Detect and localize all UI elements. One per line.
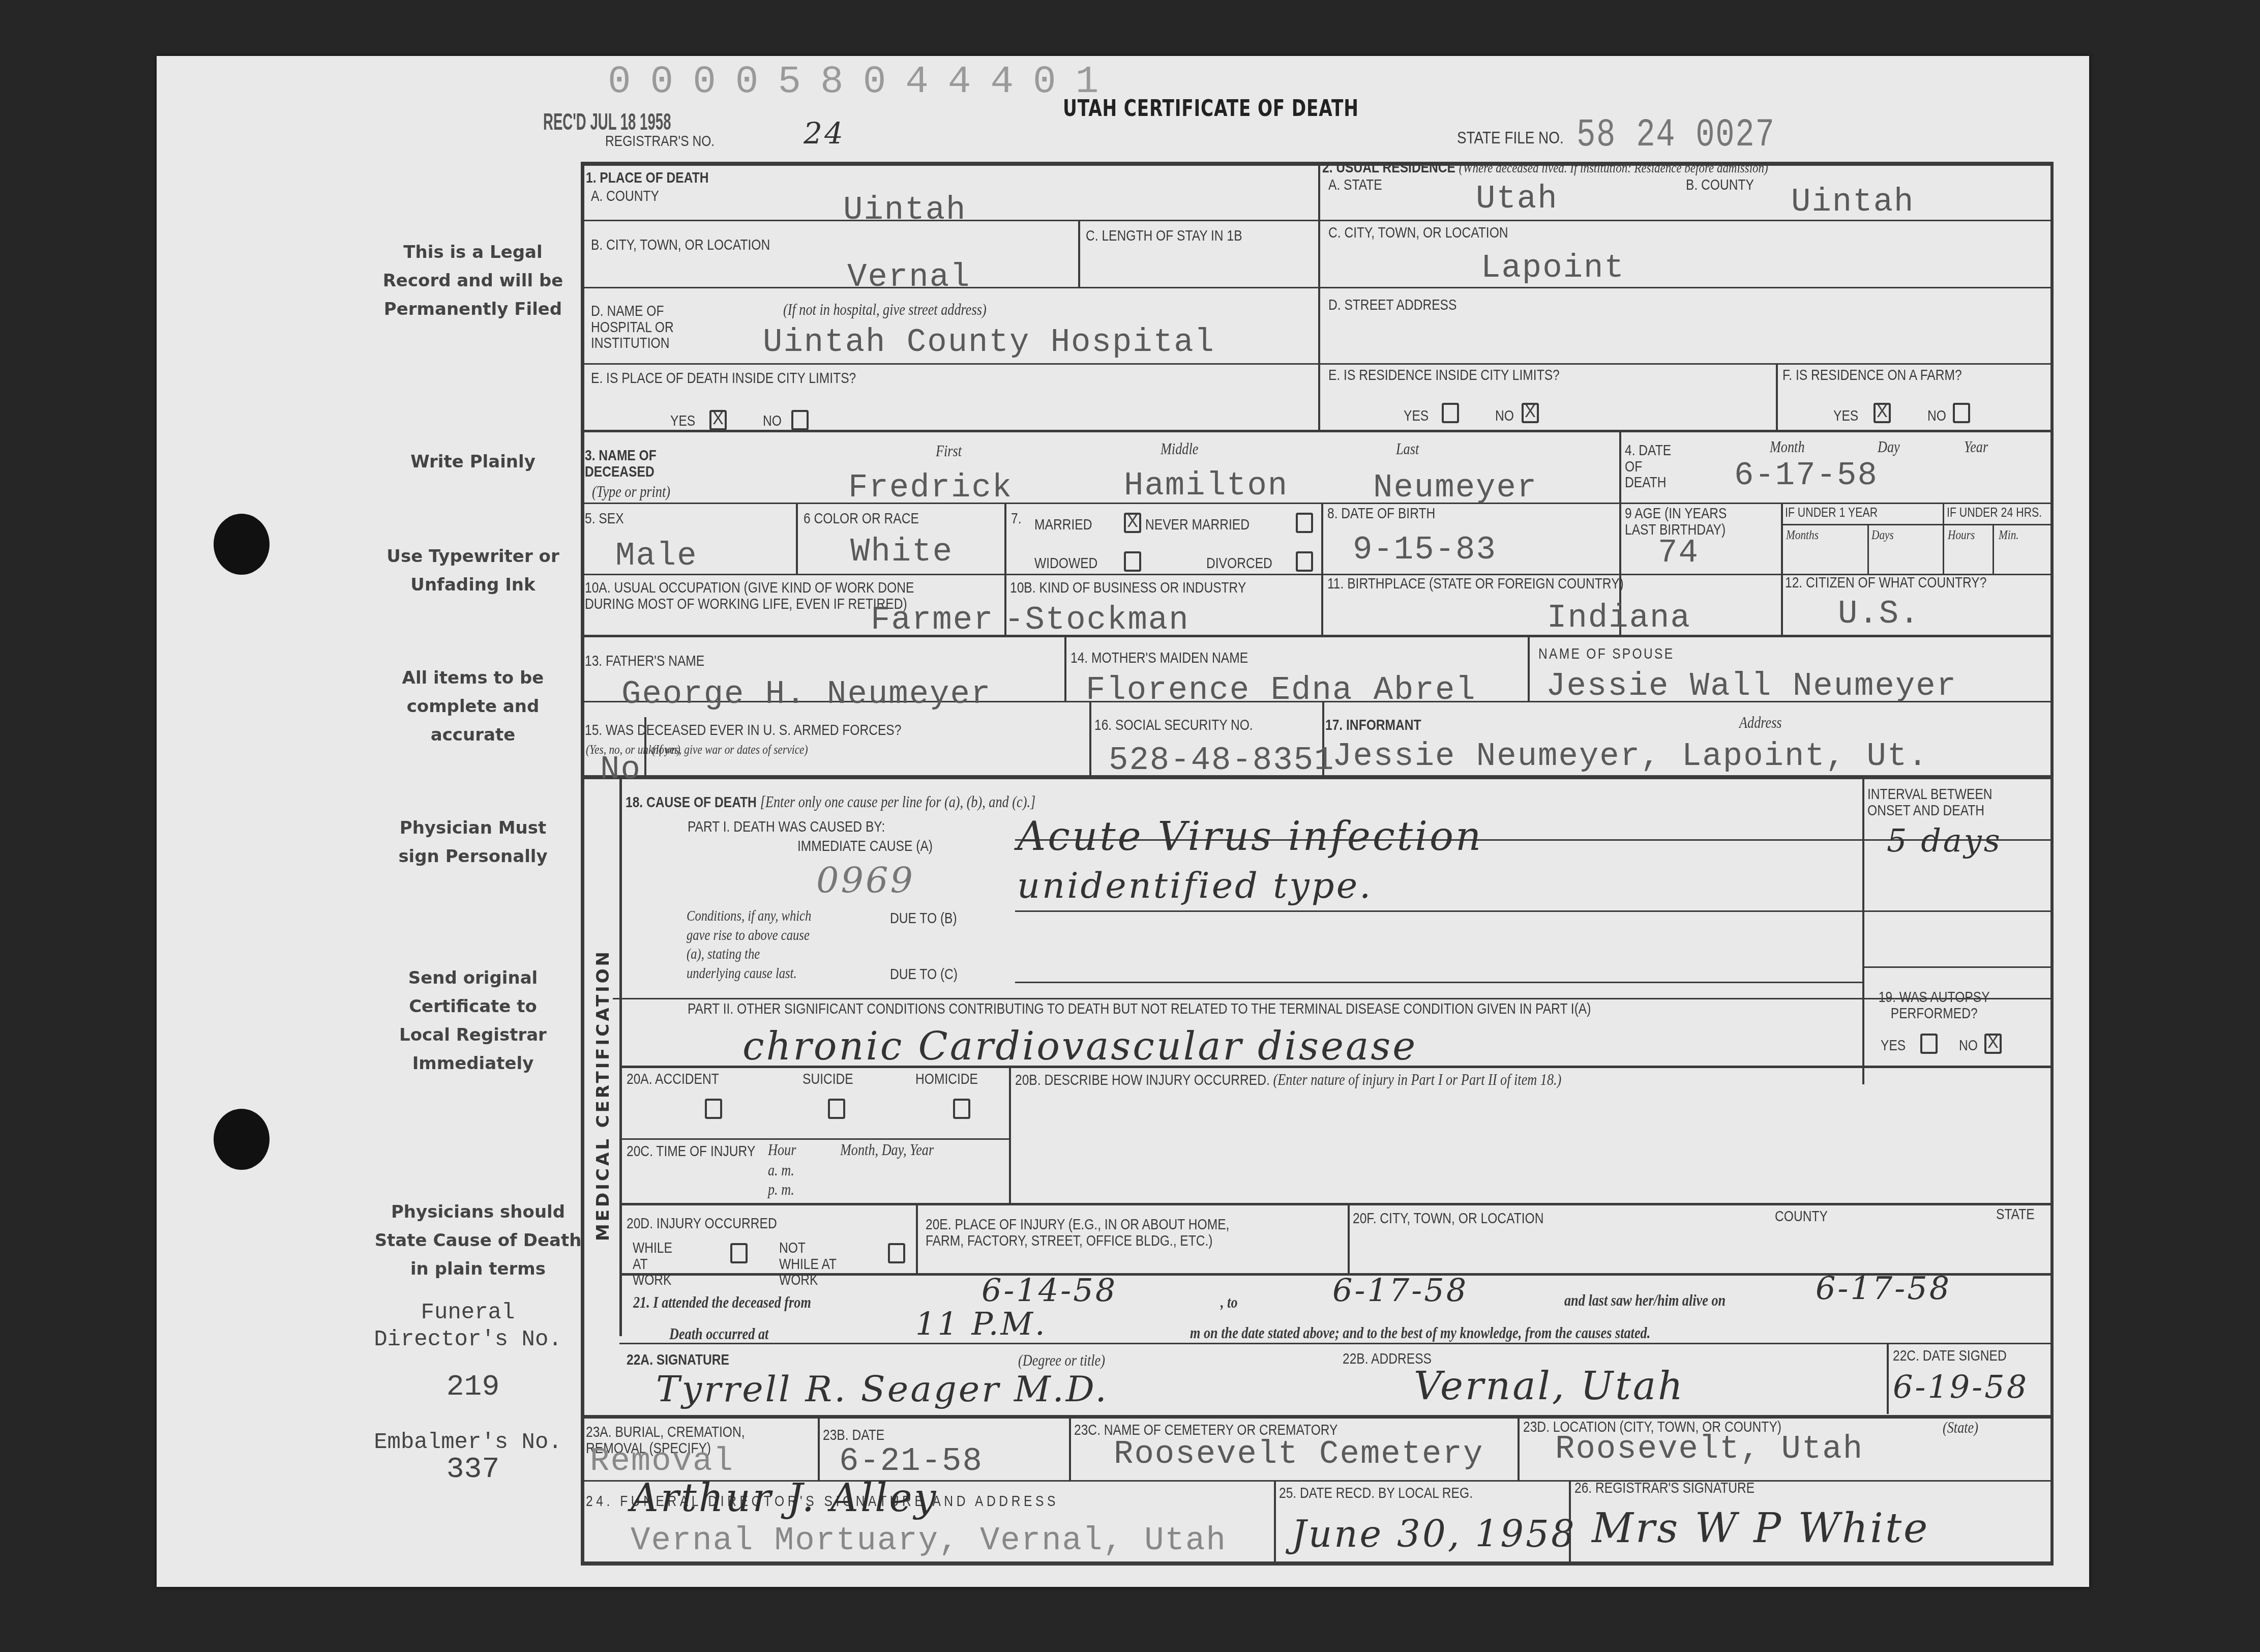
funeral-director-no: 219 xyxy=(376,1370,570,1405)
death-occurred-label: Death occurred at xyxy=(669,1325,768,1343)
armed-forces-dates-hint: (If yes, give war or dates of service) xyxy=(652,743,808,756)
death-city[interactable]: Vernal xyxy=(847,259,970,296)
rule xyxy=(1015,910,1862,912)
age[interactable]: 74 xyxy=(1658,535,1699,572)
res-city-label: c. CITY, TOWN, OR LOCATION xyxy=(1328,225,1508,241)
not-while-at-work-checkbox[interactable] xyxy=(888,1243,905,1263)
year-label: Year xyxy=(1964,438,1988,456)
cemetery[interactable]: Roosevelt Cemetery xyxy=(1114,1436,1483,1473)
autopsy-yes-label: YES xyxy=(1881,1038,1906,1054)
res-inside-city-yes-checkbox[interactable] xyxy=(1442,403,1459,423)
due-to-b-label: DUE TO (b) xyxy=(890,910,957,927)
rule xyxy=(796,503,798,575)
rule xyxy=(581,162,2054,166)
accident-checkbox[interactable] xyxy=(705,1099,722,1119)
rule xyxy=(619,779,622,1336)
month-label: Month xyxy=(1770,438,1805,456)
stamp-number: 000058044401 xyxy=(608,60,1118,104)
rule xyxy=(1078,220,1080,287)
while-at-work-label: WHILE AT WORK xyxy=(633,1240,682,1288)
hospital-hint: (If not in hospital, give street address… xyxy=(783,301,987,318)
middle-name[interactable]: Hamilton xyxy=(1124,468,1288,505)
res-city[interactable]: Lapoint xyxy=(1481,250,1625,287)
death-county[interactable]: Uintah xyxy=(843,192,966,229)
rule xyxy=(581,1561,2054,1566)
name-hint: (Type or print) xyxy=(592,483,670,500)
days-label: Days xyxy=(1871,528,1894,542)
rule xyxy=(619,1343,2054,1344)
first-label: First xyxy=(936,442,962,460)
place-injury-label: 20e. PLACE OF INJURY (e.g., in or about … xyxy=(926,1217,1267,1249)
father-label: 13. FATHER'S NAME xyxy=(585,653,704,669)
address-label: Address xyxy=(1739,714,1782,731)
part1-label: PART I. DEATH WAS CAUSED BY: xyxy=(688,819,885,835)
cause-code: 0969 xyxy=(816,860,915,901)
registrars-no-label: REGISTRAR'S NO. xyxy=(605,133,715,150)
widowed-label: WIDOWED xyxy=(1034,555,1097,572)
date-of-birth[interactable]: 9-15-83 xyxy=(1353,532,1497,569)
signature-label: 22a. SIGNATURE xyxy=(627,1352,729,1368)
rule xyxy=(1993,524,1994,575)
rule xyxy=(1069,1415,1071,1481)
burial-location[interactable]: Roosevelt, Utah xyxy=(1555,1431,1863,1468)
interval[interactable]: 5 days xyxy=(1887,822,2002,859)
date-of-death-label: 4. DATE OF DEATH xyxy=(1625,442,1675,491)
month-day-year-label: Month, Day, Year xyxy=(840,1141,934,1159)
hour-label: Hour xyxy=(768,1141,796,1159)
immediate-cause-line1[interactable]: Acute Virus infection xyxy=(1017,814,1483,860)
father-name[interactable]: George H. Neumeyer xyxy=(621,676,991,713)
autopsy-label: 19. WAS AUTOPSY PERFORMED? xyxy=(1867,989,2001,1021)
rule xyxy=(619,1203,2054,1205)
while-at-work-checkbox[interactable] xyxy=(730,1243,748,1263)
never-married-checkbox[interactable] xyxy=(1296,513,1313,533)
physician-signature[interactable]: Tyrrell R. Seager M.D. xyxy=(656,1368,1109,1410)
rule xyxy=(1781,524,2054,525)
rule xyxy=(1015,982,1862,983)
business-label: 10b. KIND OF BUSINESS OR INDUSTRY xyxy=(1010,580,1246,596)
cemetery-label: 23c. NAME OF CEMETERY OR CREMATORY xyxy=(1074,1422,1338,1438)
homicide-checkbox[interactable] xyxy=(953,1099,970,1119)
conditions-hint: Conditions, if any, which gave rise to a… xyxy=(687,906,812,983)
occupation[interactable]: Farmer xyxy=(871,602,994,639)
medical-certification-label: MEDICAL CERTIFICATION xyxy=(593,949,613,1241)
received-stamp: REC'D JUL 18 1958 xyxy=(543,108,671,135)
res-county[interactable]: Uintah xyxy=(1791,184,1914,221)
death-occurred-suffix: m on the date stated above; and to the b… xyxy=(1190,1324,1650,1342)
pm-label: p. m. xyxy=(768,1181,794,1198)
under-1yr-label: IF UNDER 1 YEAR xyxy=(1785,506,1878,519)
autopsy-yes-checkbox[interactable] xyxy=(1920,1034,1938,1054)
injury-county-label: COUNTY xyxy=(1775,1208,1828,1225)
inside-city-label: e. IS PLACE OF DEATH INSIDE CITY LIMITS? xyxy=(591,370,856,387)
inside-city-no-label: NO xyxy=(763,413,782,429)
race-label: 6 COLOR OR RACE xyxy=(804,511,919,527)
hospital-label: d. NAME OF HOSPITAL OR INSTITUTION xyxy=(591,303,716,351)
accident-label: 20a. ACCIDENT xyxy=(627,1071,719,1087)
note-send-original: Send original Certificate to Local Regis… xyxy=(381,964,564,1078)
res-yes-label: YES xyxy=(1404,408,1429,424)
attended-label: 21. I attended the deceased from xyxy=(633,1294,811,1311)
never-married-label: NEVER MARRIED xyxy=(1145,517,1250,533)
document-title: UTAH CERTIFICATE OF DEATH xyxy=(1063,96,1359,122)
rule xyxy=(1781,503,1783,636)
state-file-no-label: STATE FILE NO. xyxy=(1457,129,1564,147)
under-24h-label: IF UNDER 24 HRS. xyxy=(1947,506,2042,519)
armed-forces-answer[interactable]: No xyxy=(600,752,641,788)
rule xyxy=(1862,966,2054,968)
note-legal-record: This is a Legal Record and will be Perma… xyxy=(381,238,564,323)
note-typewriter: Use Typewriter or Unfading Ink xyxy=(376,542,570,599)
time-injury-label: 20c. TIME OF INJURY xyxy=(627,1143,755,1160)
rule xyxy=(2050,162,2054,1566)
ssn-label: 16. SOCIAL SECURITY NO. xyxy=(1094,717,1253,733)
autopsy-no-checkbox[interactable]: X xyxy=(1984,1034,2002,1054)
rule xyxy=(1862,910,2054,912)
res-inside-city-no-checkbox[interactable]: X xyxy=(1522,403,1539,423)
inside-city-yes-checkbox[interactable]: X xyxy=(709,410,727,430)
sex-label: 5. SEX xyxy=(585,511,624,527)
hospital-name[interactable]: Uintah County Hospital xyxy=(763,324,1215,361)
part2-label: PART II. OTHER SIGNIFICANT CONDITIONS CO… xyxy=(688,1001,1591,1017)
mother-label: 14. MOTHER'S MAIDEN NAME xyxy=(1070,650,1248,666)
farm-yes-label: YES xyxy=(1833,408,1858,424)
rule xyxy=(1518,1415,1520,1481)
last-label: Last xyxy=(1396,440,1419,458)
suicide-checkbox[interactable] xyxy=(828,1099,845,1119)
birthplace[interactable]: Indiana xyxy=(1547,600,1691,637)
armed-forces-label: 15. WAS DECEASED EVER IN U. S. ARMED FOR… xyxy=(585,722,901,739)
rule xyxy=(1009,1066,1011,1203)
age-label: 9 AGE (In years last birthday) xyxy=(1625,506,1742,538)
rule xyxy=(619,1138,1009,1140)
spouse-name[interactable]: Jessie Wall Neumeyer xyxy=(1546,668,1957,705)
last-saw-label: and last saw her/him alive on xyxy=(1564,1292,1726,1309)
farm-no-checkbox[interactable] xyxy=(1953,403,1970,423)
informant-label: 17. INFORMANT xyxy=(1325,717,1421,733)
injury-city-label: 20f. CITY, TOWN, OR LOCATION xyxy=(1353,1211,1543,1227)
city-label: b. CITY, TOWN, OR LOCATION xyxy=(591,237,770,253)
embalmer-no: 337 xyxy=(376,1452,570,1488)
rule xyxy=(1089,701,1091,776)
note-plain-terms: Physicians should State Cause of Death i… xyxy=(371,1198,585,1283)
rule xyxy=(1776,363,1778,431)
married-label: MARRIED xyxy=(1034,517,1092,533)
inside-city-no-checkbox[interactable] xyxy=(791,410,809,430)
rule xyxy=(581,287,2054,288)
attended-to[interactable]: 6-17-58 xyxy=(1332,1272,1468,1309)
marital-number: 7. xyxy=(1011,511,1022,527)
rule xyxy=(1348,1203,1350,1274)
rule xyxy=(581,635,2054,637)
rule xyxy=(581,363,2054,365)
am-label: a. m. xyxy=(768,1162,794,1179)
dob-label: 8. DATE OF BIRTH xyxy=(1327,506,1435,522)
rule xyxy=(1887,1343,1889,1414)
injury-describe-label: 20b. DESCRIBE HOW INJURY OCCURRED. (Ente… xyxy=(1015,1071,1561,1088)
funeral-director-address[interactable]: Vernal Mortuary, Vernal, Utah xyxy=(631,1523,1227,1559)
physician-address[interactable]: Vernal, Utah xyxy=(1414,1363,1685,1408)
sex[interactable]: Male xyxy=(615,538,698,575)
date-signed[interactable]: 6-19-58 xyxy=(1893,1368,2029,1405)
death-occurred-time[interactable]: 11 P.M. xyxy=(915,1305,1047,1342)
ssn[interactable]: 528-48-8351 xyxy=(1109,743,1334,779)
autopsy-no-label: NO xyxy=(1959,1038,1978,1054)
rule xyxy=(613,998,2054,999)
min-label: Min. xyxy=(1999,528,2019,542)
rule xyxy=(916,1203,918,1274)
farm-yes-checkbox[interactable]: X xyxy=(1874,403,1891,423)
funeral-director-signature[interactable]: Arthur J. Alley xyxy=(631,1475,938,1520)
interval-label: INTERVAL BETWEEN ONSET AND DEATH xyxy=(1867,786,2009,818)
burial-date-label: 23b. DATE xyxy=(823,1427,884,1443)
months-label: Months xyxy=(1786,528,1819,542)
res-state-label: a. STATE xyxy=(1328,177,1382,193)
registrar-signature[interactable]: Mrs W P White xyxy=(1592,1504,1929,1552)
divorced-checkbox[interactable] xyxy=(1296,551,1313,572)
farm-no-label: NO xyxy=(1927,408,1946,424)
last-saw-date[interactable]: 6-17-58 xyxy=(1816,1270,1951,1307)
punch-hole-top xyxy=(214,514,270,575)
informant[interactable]: Jessie Neumeyer, Lapoint, Ut. xyxy=(1332,739,1928,775)
punch-hole-bottom xyxy=(214,1109,270,1170)
cause-of-death-label: 18. CAUSE OF DEATH [Enter only one cause… xyxy=(626,793,1035,811)
attended-from[interactable]: 6-14-58 xyxy=(982,1272,1117,1309)
county-label: a. COUNTY xyxy=(591,188,659,204)
not-while-at-work-label: NOT WHILE AT WORK xyxy=(779,1240,838,1288)
inside-city-yes-label: YES xyxy=(670,413,695,429)
rule xyxy=(1862,779,1864,1084)
res-state[interactable]: Utah xyxy=(1476,181,1558,218)
hours-label: Hours xyxy=(1948,528,1975,542)
part2-conditions[interactable]: chronic Cardiovascular disease xyxy=(742,1023,1417,1069)
res-county-label: b. COUNTY xyxy=(1686,177,1754,193)
burial-state-label: (State) xyxy=(1943,1419,1978,1436)
registrars-no: 24 xyxy=(804,116,845,151)
citizen-label: 12. CITIZEN OF WHAT COUNTRY? xyxy=(1785,575,1986,591)
res-inside-city-label: e. IS RESIDENCE INSIDE CITY LIMITS? xyxy=(1328,367,1560,383)
note-complete: All items to be complete and accurate xyxy=(381,664,564,749)
birthplace-label: 11. BIRTHPLACE (State or foreign country… xyxy=(1327,576,1624,592)
rule xyxy=(1318,162,1320,431)
note-physician-sign: Physician Must sign Personally xyxy=(381,814,564,871)
homicide-label: HOMICIDE xyxy=(915,1071,978,1087)
last-name[interactable]: Neumeyer xyxy=(1373,470,1537,507)
injury-state-label: STATE xyxy=(1996,1206,2035,1223)
note-write-plainly: Write Plainly xyxy=(381,448,564,476)
date-recd[interactable]: June 30, 1958 xyxy=(1292,1513,1577,1555)
spouse-label: NAME OF SPOUSE xyxy=(1538,646,1674,662)
rule xyxy=(581,162,584,1566)
date-recd-label: 25. DATE RECD. BY LOCAL REG. xyxy=(1279,1485,1473,1501)
place-of-death-label: 1. PLACE OF DEATH xyxy=(586,170,708,186)
state-file-no: 58 24 0027 xyxy=(1577,113,1775,158)
degree-label: (Degree or title) xyxy=(1018,1352,1105,1369)
day-label: Day xyxy=(1878,438,1900,456)
to-label: , to xyxy=(1221,1294,1238,1311)
first-name[interactable]: Fredrick xyxy=(848,470,1013,507)
mother-name[interactable]: Florence Edna Abrel xyxy=(1086,672,1476,709)
rule xyxy=(1321,503,1323,636)
date-signed-label: 22c. DATE SIGNED xyxy=(1893,1348,2007,1364)
immediate-cause-label: IMMEDIATE CAUSE (a) xyxy=(797,838,933,854)
race[interactable]: White xyxy=(850,534,953,571)
res-street-label: d. STREET ADDRESS xyxy=(1328,297,1456,313)
rule xyxy=(1943,503,1944,575)
middle-label: Middle xyxy=(1161,440,1198,458)
divorced-label: DIVORCED xyxy=(1206,555,1272,572)
rule xyxy=(1528,635,1530,702)
due-to-c-label: DUE TO (c) xyxy=(890,966,958,983)
married-checkbox[interactable]: X xyxy=(1124,513,1141,533)
rule xyxy=(818,1415,820,1481)
rule xyxy=(1867,524,1869,575)
length-of-stay-label: c. LENGTH OF STAY IN 1b xyxy=(1086,228,1242,244)
farm-label: f. IS RESIDENCE ON A FARM? xyxy=(1782,367,1962,383)
rule xyxy=(1274,1480,1276,1564)
rule xyxy=(581,503,2054,504)
immediate-cause-line2[interactable]: unidentified type. xyxy=(1017,865,1373,906)
date-of-death[interactable]: 6-17-58 xyxy=(1734,458,1878,494)
res-no-label: NO xyxy=(1495,408,1514,424)
name-deceased-label: 3. NAME OF DECEASED xyxy=(585,448,689,480)
suicide-label: SUICIDE xyxy=(802,1071,853,1087)
citizen[interactable]: U.S. xyxy=(1838,596,1920,633)
injury-occurred-label: 20d. INJURY OCCURRED xyxy=(627,1216,777,1232)
registrar-signature-label: 26. REGISTRAR'S SIGNATURE xyxy=(1574,1480,1755,1496)
rule xyxy=(1064,635,1066,702)
business[interactable]: -Stockman xyxy=(1004,602,1190,639)
widowed-checkbox[interactable] xyxy=(1124,551,1141,572)
funeral-director-no-label: Funeral Director's No. xyxy=(366,1300,570,1353)
rule xyxy=(581,1415,2054,1419)
usual-residence-label: 2. USUAL RESIDENCE (Where deceased lived… xyxy=(1322,160,1768,176)
